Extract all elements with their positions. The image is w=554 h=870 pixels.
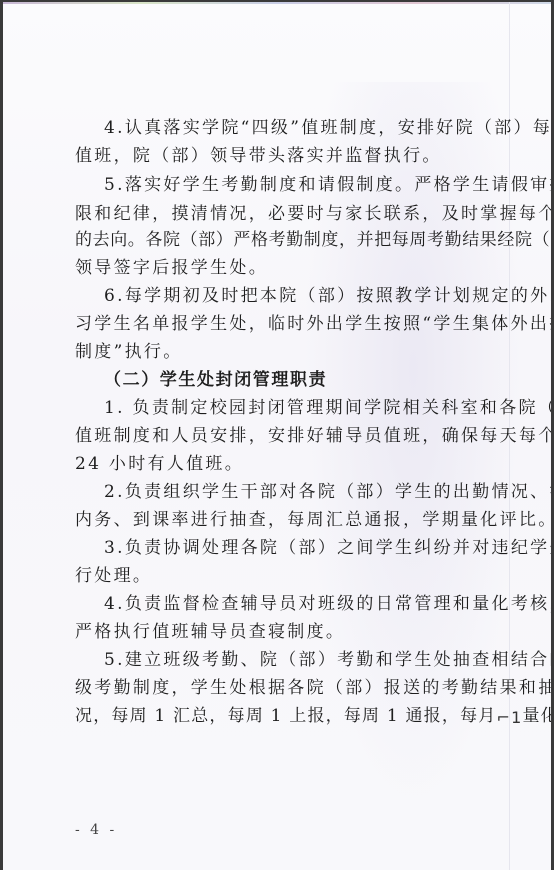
paragraph-6-line-2: 习学生名单报学生处，临时外出学生按照“学生集体外出报备 [75, 314, 551, 334]
item-2-line-2: 内务、到课率进行抽查，每周汇总通报，学期量化评比。 [75, 510, 551, 530]
item-2-line-1: 2.负责组织学生干部对各院（部）学生的出勤情况、宿舍 [104, 482, 551, 502]
paragraph-5-line-4: 领导签字后报学生处。 [75, 258, 268, 278]
section-heading: （二）学生处封闭管理职责 [104, 370, 327, 390]
paragraph-5-line-1: 5.落实好学生考勤制度和请假制度。严格学生请假审批权 [104, 175, 551, 195]
item-4-line-2: 严格执行值班辅导员查寝制度。 [75, 622, 345, 642]
item-4-line-1: 4.负责监督检查辅导员对班级的日常管理和量化考核，并 [104, 594, 551, 614]
paragraph-6-line-1: 6.每学期初及时把本院（部）按照教学计划规定的外出实 [104, 286, 551, 306]
item-3-line-2: 行处理。 [75, 566, 152, 586]
scan-edge [3, 2, 551, 4]
item-5-line-2: 级考勤制度，学生处根据各院（部）报送的考勤结果和抽查情 [75, 678, 551, 698]
paragraph-5-line-3: 的去向。各院（部）严格考勤制度，并把每周考勤结果经院（部） [75, 230, 551, 250]
paragraph-5-line-2: 限和纪律，摸清情况，必要时与家长联系，及时掌握每个学生 [75, 204, 551, 224]
document-page: 4.认真落实学院“四级”值班制度，安排好院（部）每天 值班，院（部）领导带头落实… [3, 2, 551, 870]
paragraph-4-line-1: 4.认真落实学院“四级”值班制度，安排好院（部）每天 [104, 118, 551, 138]
handwritten-correction-mark: ⌐1 [496, 708, 522, 728]
paragraph-4-line-2: 值班，院（部）领导带头落实并监督执行。 [75, 146, 442, 166]
item-5-line-3-text: 况，每周 1 汇总，每周 1 上报，每周 1 通报，每月 [75, 706, 496, 726]
paragraph-6-line-3: 制度”执行。 [75, 342, 183, 362]
page-number: - 4 - [75, 822, 117, 838]
item-5-line-1: 5.建立班级考勤、院（部）考勤和学生处抽查相结合的三 [104, 650, 551, 670]
item-1-line-3: 24 小时有人值班。 [75, 454, 244, 474]
item-3-line-1: 3.负责协调处理各院（部）之间学生纠纷并对违纪学生进 [104, 538, 551, 558]
item-5-line-3: 况，每周 1 汇总，每周 1 上报，每周 1 通报，每月⌐1量化。 [75, 706, 551, 726]
item-5-line-3-suffix: 量化。 [522, 706, 551, 726]
item-1-line-2: 值班制度和人员安排，安排好辅导员值班，确保每天每个校区 [75, 426, 551, 446]
item-1-line-1: 1. 负责制定校园封闭管理期间学院相关科室和各院（部） [104, 398, 551, 418]
